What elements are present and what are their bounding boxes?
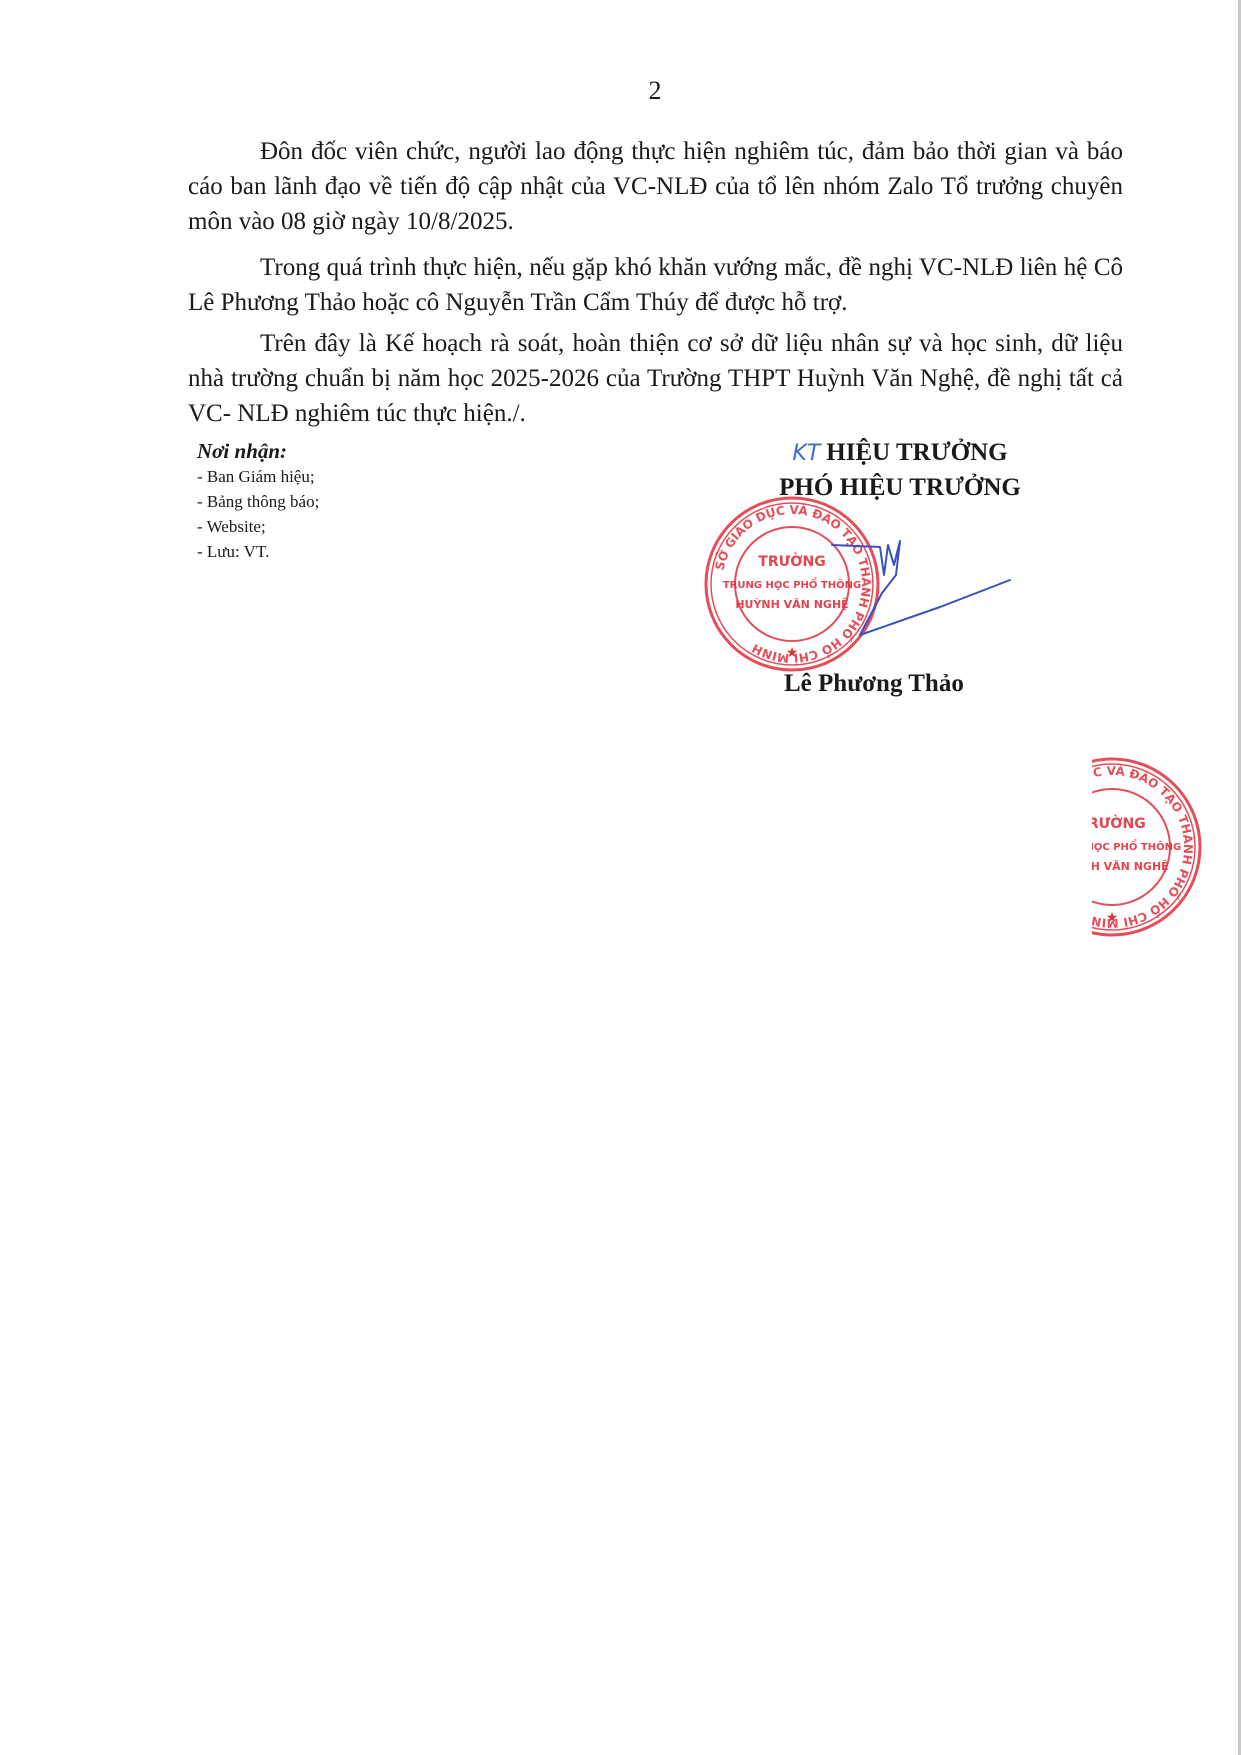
recipients-block: Nơi nhận: - Ban Giám hiệu; - Bảng thông … <box>197 438 319 564</box>
handwritten-signature <box>820 535 1020 645</box>
recipient-item: - Ban Giám hiệu; <box>197 464 319 489</box>
recipient-item: - Website; <box>197 514 319 539</box>
recipient-item: - Lưu: VT. <box>197 539 319 564</box>
page-number: 2 <box>0 76 1241 106</box>
recipients-title: Nơi nhận: <box>197 438 319 464</box>
svg-text:★: ★ <box>1106 911 1119 926</box>
paragraph-closing: Trên đây là Kế hoạch rà soát, hoàn thiện… <box>188 326 1123 431</box>
svg-text:TRUNG HỌC PHỔ THÔNG: TRUNG HỌC PHỔ THÔNG <box>1092 838 1181 853</box>
svg-text:★: ★ <box>786 645 799 661</box>
signature-block: KTHIỆU TRƯỞNG PHÓ HIỆU TRƯỞNG <box>740 436 1060 505</box>
handwritten-kt: KT <box>792 441 820 466</box>
signer-title-line-1: KTHIỆU TRƯỞNG <box>740 436 1060 471</box>
signer-title-line-2: PHÓ HIỆU TRƯỞNG <box>740 471 1060 505</box>
signer-name: Lê Phương Thảo <box>784 670 964 698</box>
stamp-line-1: TRƯỜNG <box>758 552 825 570</box>
paragraph-contact: Trong quá trình thực hiện, nếu gặp khó k… <box>188 250 1123 320</box>
partial-seal-stamp: SỞ GIÁO DỤC VÀ ĐÀO TẠO THÀNH PHỐ HỒ CHÍ … <box>1092 752 1212 942</box>
svg-text:TRƯỜNG: TRƯỜNG <box>1092 814 1146 832</box>
recipient-item: - Bảng thông báo; <box>197 489 319 514</box>
svg-text:HUỲNH VĂN NGHỆ: HUỲNH VĂN NGHỆ <box>1092 860 1169 873</box>
paragraph-deadline: Đôn đốc viên chức, người lao động thực h… <box>188 134 1123 239</box>
